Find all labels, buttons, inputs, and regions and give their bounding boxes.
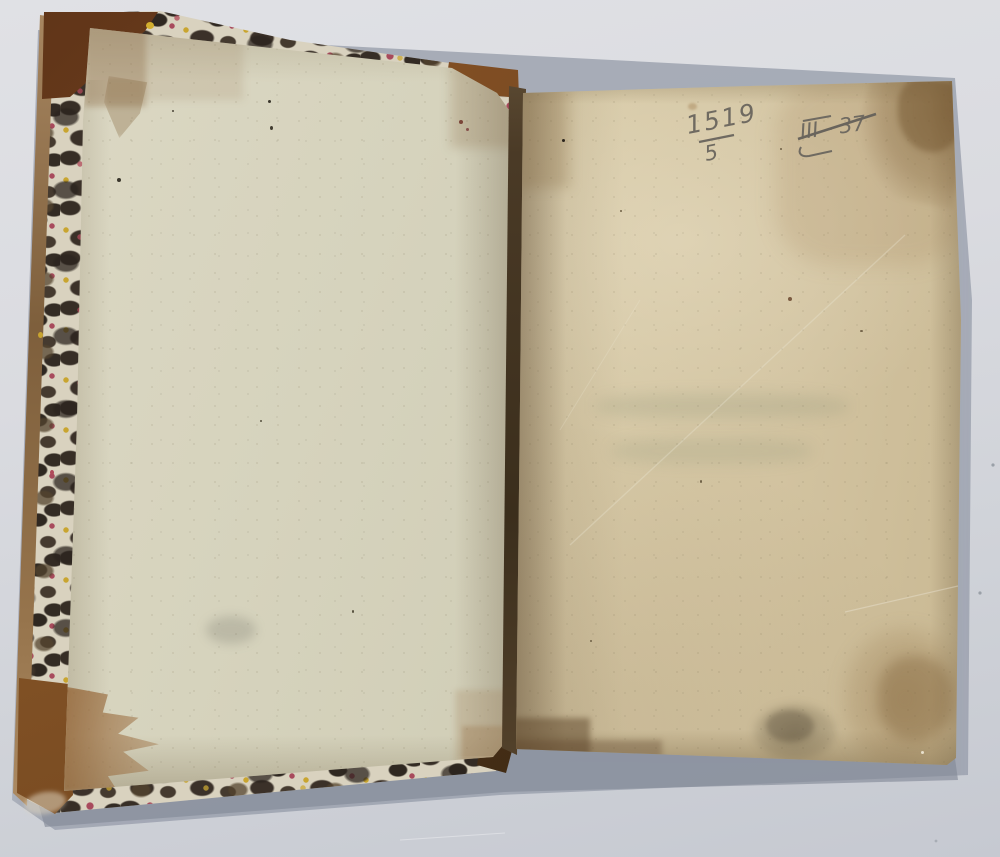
paper-speck [117, 178, 121, 182]
photo-of-open-book: 1519 5 III - 37 [0, 0, 1000, 857]
paper-speck [700, 480, 702, 483]
paper-speck [562, 139, 565, 142]
paper-speck [860, 330, 863, 332]
show-through-title-line [596, 394, 848, 418]
paper-speck [172, 110, 174, 112]
paper-speck [352, 610, 354, 613]
dust-speck [991, 463, 994, 466]
dust-speck [978, 591, 981, 594]
paper-speck [780, 148, 782, 150]
backdrop-scratch [400, 833, 505, 840]
paper-speck [590, 640, 592, 642]
show-through-subtitle-line [612, 438, 812, 464]
paper-speck [270, 126, 273, 130]
marble-red-speck [50, 470, 54, 475]
stain-near-gutter-top [518, 88, 570, 188]
marble-yellow-speck [38, 332, 43, 338]
ink-fleck [0, 0, 9, 15]
dark-smudge-core [766, 710, 814, 742]
gray-smudge [206, 616, 256, 644]
large-stain-core [878, 656, 952, 740]
tan-spot [688, 103, 697, 110]
paper-speck [788, 297, 792, 301]
rust-speck [466, 128, 469, 131]
paper-speck [268, 100, 271, 103]
dust-speck [935, 840, 938, 843]
marble-yellow-speck [146, 22, 154, 29]
rust-speck [459, 120, 463, 124]
paper-speck [260, 420, 262, 422]
paper-speck [620, 210, 622, 212]
bright-speck [921, 751, 924, 754]
